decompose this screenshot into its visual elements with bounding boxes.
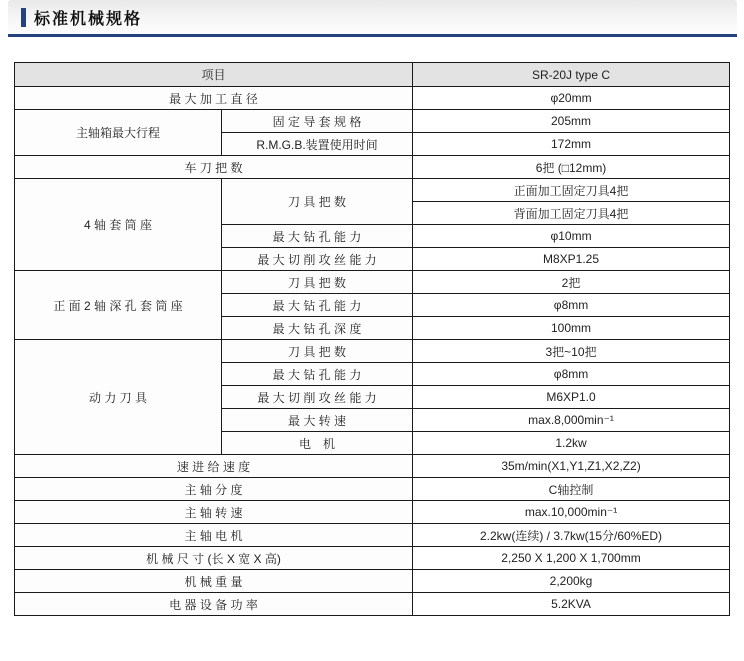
label-cell: 刀 具 把 数 xyxy=(222,271,413,294)
value-cell: 100mm xyxy=(413,317,730,340)
label-cell: 最 大 钻 孔 深 度 xyxy=(222,317,413,340)
value-cell: 2,250 X 1,200 X 1,700mm xyxy=(413,547,730,570)
table-row: 机 械 尺 寸 (长 X 宽 X 高) 2,250 X 1,200 X 1,70… xyxy=(15,547,730,570)
label-cell: 主 轴 电 机 xyxy=(15,524,413,547)
label-cell: 主 轴 转 速 xyxy=(15,501,413,524)
value-cell: 6把 (□12mm) xyxy=(413,156,730,179)
table-header-row: 项目 SR-20J type C xyxy=(15,63,730,87)
value-cell: 2把 xyxy=(413,271,730,294)
value-cell: M8XP1.25 xyxy=(413,248,730,271)
label-cell: 最 大 切 削 攻 丝 能 力 xyxy=(222,248,413,271)
label-cell: 最 大 钻 孔 能 力 xyxy=(222,225,413,248)
table-row: 主 轴 转 速 max.10,000min⁻¹ xyxy=(15,501,730,524)
value-cell: 2.2kw(连续) / 3.7kw(15分/60%ED) xyxy=(413,524,730,547)
value-cell: 1.2kw xyxy=(413,432,730,455)
label-cell: 最 大 钻 孔 能 力 xyxy=(222,363,413,386)
value-cell: φ10mm xyxy=(413,225,730,248)
value-cell: 5.2KVA xyxy=(413,593,730,616)
label-cell: 速 进 给 速 度 xyxy=(15,455,413,478)
label-cell: 最 大 切 削 攻 丝 能 力 xyxy=(222,386,413,409)
group-cell: 正 面 2 轴 深 孔 套 筒 座 xyxy=(15,271,222,340)
accent-bar-icon xyxy=(21,8,26,27)
value-cell: 205mm xyxy=(413,110,730,133)
spec-table-container: 项目 SR-20J type C 最 大 加 工 直 径 φ20mm 主轴箱最大… xyxy=(14,62,744,616)
value-cell: φ8mm xyxy=(413,294,730,317)
value-cell: 正面加工固定刀具4把 xyxy=(413,179,730,202)
column-header-item: 项目 xyxy=(15,63,413,87)
table-row: 电 器 设 备 功 率 5.2KVA xyxy=(15,593,730,616)
value-cell: 2,200kg xyxy=(413,570,730,593)
table-row: 机 械 重 量 2,200kg xyxy=(15,570,730,593)
label-cell: 机 械 尺 寸 (长 X 宽 X 高) xyxy=(15,547,413,570)
label-cell: 最 大 钻 孔 能 力 xyxy=(222,294,413,317)
value-cell: C轴控制 xyxy=(413,478,730,501)
table-row: 速 进 给 速 度 35m/min(X1,Y1,Z1,X2,Z2) xyxy=(15,455,730,478)
label-cell: 刀 具 把 数 xyxy=(222,340,413,363)
page-title: 标准机械规格 xyxy=(34,6,142,29)
table-row: 动 力 刀 具 刀 具 把 数 3把~10把 xyxy=(15,340,730,363)
group-cell: 动 力 刀 具 xyxy=(15,340,222,455)
label-cell: 电 器 设 备 功 率 xyxy=(15,593,413,616)
label-cell: 固 定 导 套 规 格 xyxy=(222,110,413,133)
table-row: 正 面 2 轴 深 孔 套 筒 座 刀 具 把 数 2把 xyxy=(15,271,730,294)
table-row: 最 大 加 工 直 径 φ20mm xyxy=(15,87,730,110)
value-cell: M6XP1.0 xyxy=(413,386,730,409)
value-cell: 3把~10把 xyxy=(413,340,730,363)
group-cell: 4 轴 套 筒 座 xyxy=(15,179,222,271)
value-cell: 172mm xyxy=(413,133,730,156)
table-row: 车 刀 把 数 6把 (□12mm) xyxy=(15,156,730,179)
label-cell: 最 大 加 工 直 径 xyxy=(15,87,413,110)
value-cell: 35m/min(X1,Y1,Z1,X2,Z2) xyxy=(413,455,730,478)
value-cell: φ8mm xyxy=(413,363,730,386)
value-cell: max.10,000min⁻¹ xyxy=(413,501,730,524)
label-cell: 车 刀 把 数 xyxy=(15,156,413,179)
title-wrap: 标准机械规格 xyxy=(21,6,142,29)
group-cell: 主轴箱最大行程 xyxy=(15,110,222,156)
table-row: 主轴箱最大行程 固 定 导 套 规 格 205mm xyxy=(15,110,730,133)
label-cell: 刀 具 把 数 xyxy=(222,179,413,225)
table-row: 主 轴 分 度 C轴控制 xyxy=(15,478,730,501)
label-cell: 电 机 xyxy=(222,432,413,455)
table-row: 主 轴 电 机 2.2kw(连续) / 3.7kw(15分/60%ED) xyxy=(15,524,730,547)
spec-table: 项目 SR-20J type C 最 大 加 工 直 径 φ20mm 主轴箱最大… xyxy=(14,62,730,616)
label-cell: R.M.G.B.装置使用时间 xyxy=(222,133,413,156)
label-cell: 主 轴 分 度 xyxy=(15,478,413,501)
table-row: 4 轴 套 筒 座 刀 具 把 数 正面加工固定刀具4把 xyxy=(15,179,730,202)
label-cell: 机 械 重 量 xyxy=(15,570,413,593)
column-header-model: SR-20J type C xyxy=(413,63,730,87)
page-header: 标准机械规格 xyxy=(8,0,737,37)
label-cell: 最 大 转 速 xyxy=(222,409,413,432)
value-cell: 背面加工固定刀具4把 xyxy=(413,202,730,225)
value-cell: max.8,000min⁻¹ xyxy=(413,409,730,432)
value-cell: φ20mm xyxy=(413,87,730,110)
